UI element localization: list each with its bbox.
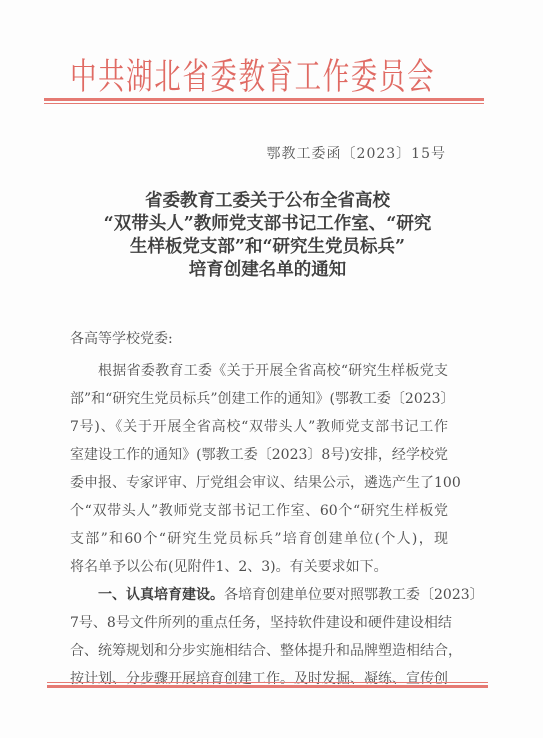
body-line: 个“双带头人”教师党支部书记工作室、60个“研究生样板党 <box>70 497 448 525</box>
section-1-heading: 一、认真培育建设。 <box>98 587 224 603</box>
section-1-first-line: 一、认真培育建设。各培育创建单位要对照鄂教工委〔2023〕 <box>70 581 448 609</box>
section-1-text: 各培育创建单位要对照鄂教工委〔2023〕 <box>224 587 484 603</box>
salutation: 各高等学校党委: <box>70 329 173 349</box>
letterhead-char: 工 <box>295 55 323 99</box>
body-line: 7号、8号文件所列的重点任务，坚持软件建设和硬件建设相结 <box>70 609 448 637</box>
letterhead-rule-thin <box>44 103 484 104</box>
body-line: 部”和“研究生党员标兵”创建工作的通知》(鄂教工委〔2023〕 <box>70 385 448 413</box>
body-line: 合、统筹规划和分步实施相结合、整体提升和品牌塑造相结合， <box>70 637 448 665</box>
letterhead-char: 省 <box>182 55 210 99</box>
body-line: 按计划、分步骤开展培育创建工作。及时发掘、凝练、宣传创 <box>70 665 448 693</box>
document-number: 鄂教工委函〔2023〕15号 <box>267 144 446 164</box>
body-line: 支部”和60个“研究生党员标兵”培育创建单位(个人)，现 <box>70 525 448 553</box>
body-line: 将名单予以公布(见附件1、2、3)。有关要求如下。 <box>70 553 448 581</box>
letterhead-char: 中 <box>70 55 98 99</box>
footer-rule-thick <box>47 685 488 688</box>
letterhead-char: 会 <box>407 55 435 99</box>
body-line: 委申报、专家评审、厅党组会审议、结果公示，遴选产生了100 <box>70 469 448 497</box>
document-page: 中共湖北省委教育工作委员会 鄂教工委函〔2023〕15号 省委教育工委关于公布全… <box>0 0 543 738</box>
title-line: 培育创建名单的通知 <box>40 259 495 282</box>
letterhead-char: 湖 <box>126 55 154 99</box>
letterhead-char: 共 <box>98 55 126 99</box>
letterhead-char: 教 <box>238 55 266 99</box>
letterhead-char: 北 <box>154 55 182 99</box>
letterhead-char: 委 <box>351 55 379 99</box>
document-body: 根据省委教育工委《关于开展全省高校“研究生样板党支 部”和“研究生党员标兵”创建… <box>70 357 448 693</box>
body-line: 根据省委教育工委《关于开展全省高校“研究生样板党支 <box>70 357 448 385</box>
letterhead-char: 员 <box>379 55 407 99</box>
title-line: “双带头人”教师党支部书记工作室、“研究 <box>40 213 495 236</box>
letterhead-char: 作 <box>323 55 351 99</box>
body-line: 7号)、《关于开展全省高校“双带头人”教师党支部书记工作 <box>70 413 448 441</box>
letterhead-rule-thick <box>44 98 484 101</box>
title-line: 省委教育工委关于公布全省高校 <box>40 190 495 213</box>
body-line: 室建设工作的通知》(鄂教工委〔2023〕8号)安排，经学校党 <box>70 441 448 469</box>
footer-rule-thin <box>47 682 488 683</box>
title-line: 生样板党支部”和“研究生党员标兵” <box>40 236 495 259</box>
letterhead-char: 委 <box>210 55 238 99</box>
document-title: 省委教育工委关于公布全省高校 “双带头人”教师党支部书记工作室、“研究 生样板党… <box>40 190 495 282</box>
letterhead-title: 中共湖北省委教育工作委员会 <box>70 56 359 98</box>
letterhead-char: 育 <box>267 55 295 99</box>
